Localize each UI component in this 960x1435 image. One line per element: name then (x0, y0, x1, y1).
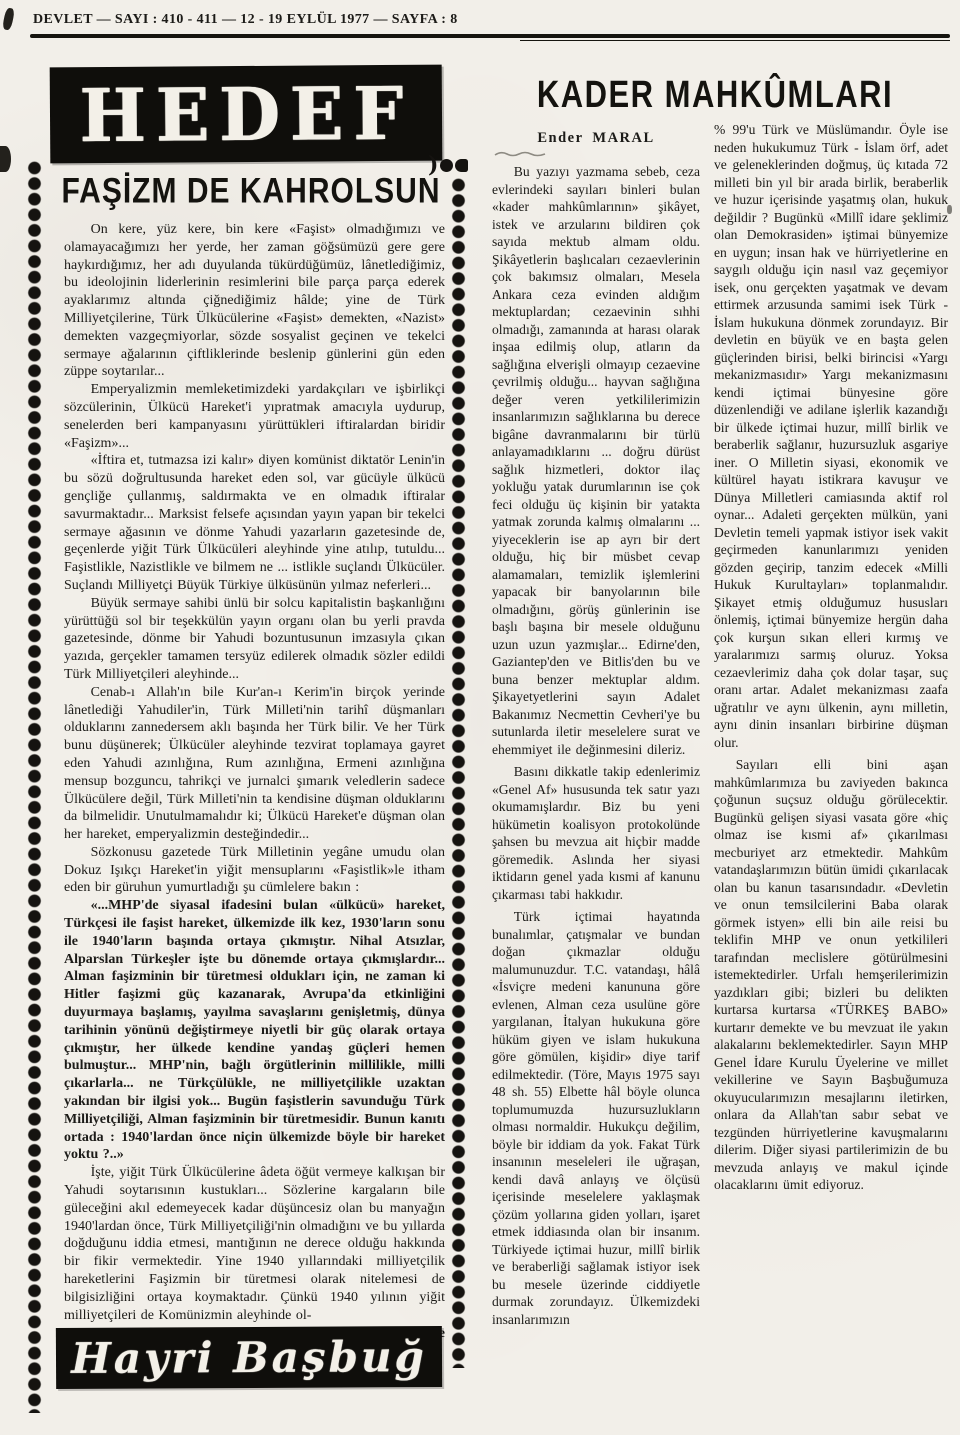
paragraph: Bu yazıyı yazmama sebeb, ceza evlerindek… (492, 163, 700, 758)
masthead: DEVLET — SAYI : 410 - 411 — 12 - 19 EYLÜ… (33, 12, 458, 28)
masthead-rule-thin (520, 40, 950, 41)
dot-icon (455, 159, 468, 172)
dot-icon (440, 159, 453, 172)
kader-article-column-1: Bu yazıyı yazmama sebeb, ceza evlerindek… (492, 163, 700, 1333)
left-article-body: On kere, yüz kere, bin kere «Faşist» olm… (64, 221, 445, 1343)
author-signature-box: Hayri Başbuğ (56, 1326, 442, 1389)
masthead-rule (30, 34, 950, 38)
paragraph: İşte, yiğit Türk Ülkücülerine âdeta öğüt… (64, 1164, 445, 1324)
kader-article-column-2: % 99'u Türk ve Müslümandır. Öyle ise ned… (714, 121, 948, 1199)
quoted-paragraph: «...MHP'de siyasal ifadesini bulan «ülkü… (64, 897, 445, 1164)
ornament-dots-left-border (27, 161, 42, 1413)
byline-block: Ender MARAL (492, 129, 700, 158)
hedef-logo-box: HEDEF (50, 65, 443, 164)
hedef-logo: HEDEF (79, 70, 413, 159)
left-article-headline: FAŞİZM DE KAHROLSUN (56, 172, 446, 212)
paragraph: Sayıları elli bini aşan mahkûmlarımıza b… (714, 756, 948, 1194)
paragraph: On kere, yüz kere, bin kere «Faşist» olm… (64, 221, 445, 381)
scan-speck (0, 146, 11, 172)
paragraph: Cenab-ı Allah'ın bile Kur'an-ı Kerim'in … (64, 684, 445, 844)
paragraph: «İftira et, tutmazsa izi kalır» diyen ko… (64, 452, 445, 594)
paragraph: Türk içtimai hayatında bunalımlar, çatış… (492, 908, 700, 1328)
ornament-dots-top: ) (428, 158, 468, 172)
paragraph: Basını dikkatle takip edenlerimiz «Genel… (492, 763, 700, 903)
paragraph: Büyük sermaye sahibi ünlü bir solcu kapi… (64, 595, 445, 684)
paragraph: Sözkonusu gazetede Türk Milletinin yegân… (64, 844, 445, 897)
paragraph: % 99'u Türk ve Müslümandır. Öyle ise ned… (714, 121, 948, 751)
author-signature: Hayri Başbuğ (71, 1332, 427, 1383)
byline: Ender MARAL (537, 130, 654, 146)
ornament-dots-right-border (451, 178, 466, 1368)
newspaper-page: DEVLET — SAYI : 410 - 411 — 12 - 19 EYLÜ… (0, 0, 960, 1435)
kader-article-headline: KADER MAHKÛMLARI (480, 73, 950, 117)
ornament-paren: ) (428, 158, 438, 172)
paragraph: Emperyalizmin memleketimizdeki yardakçıl… (64, 381, 445, 452)
byline-squiggle (493, 150, 549, 158)
scan-speck (2, 7, 15, 30)
